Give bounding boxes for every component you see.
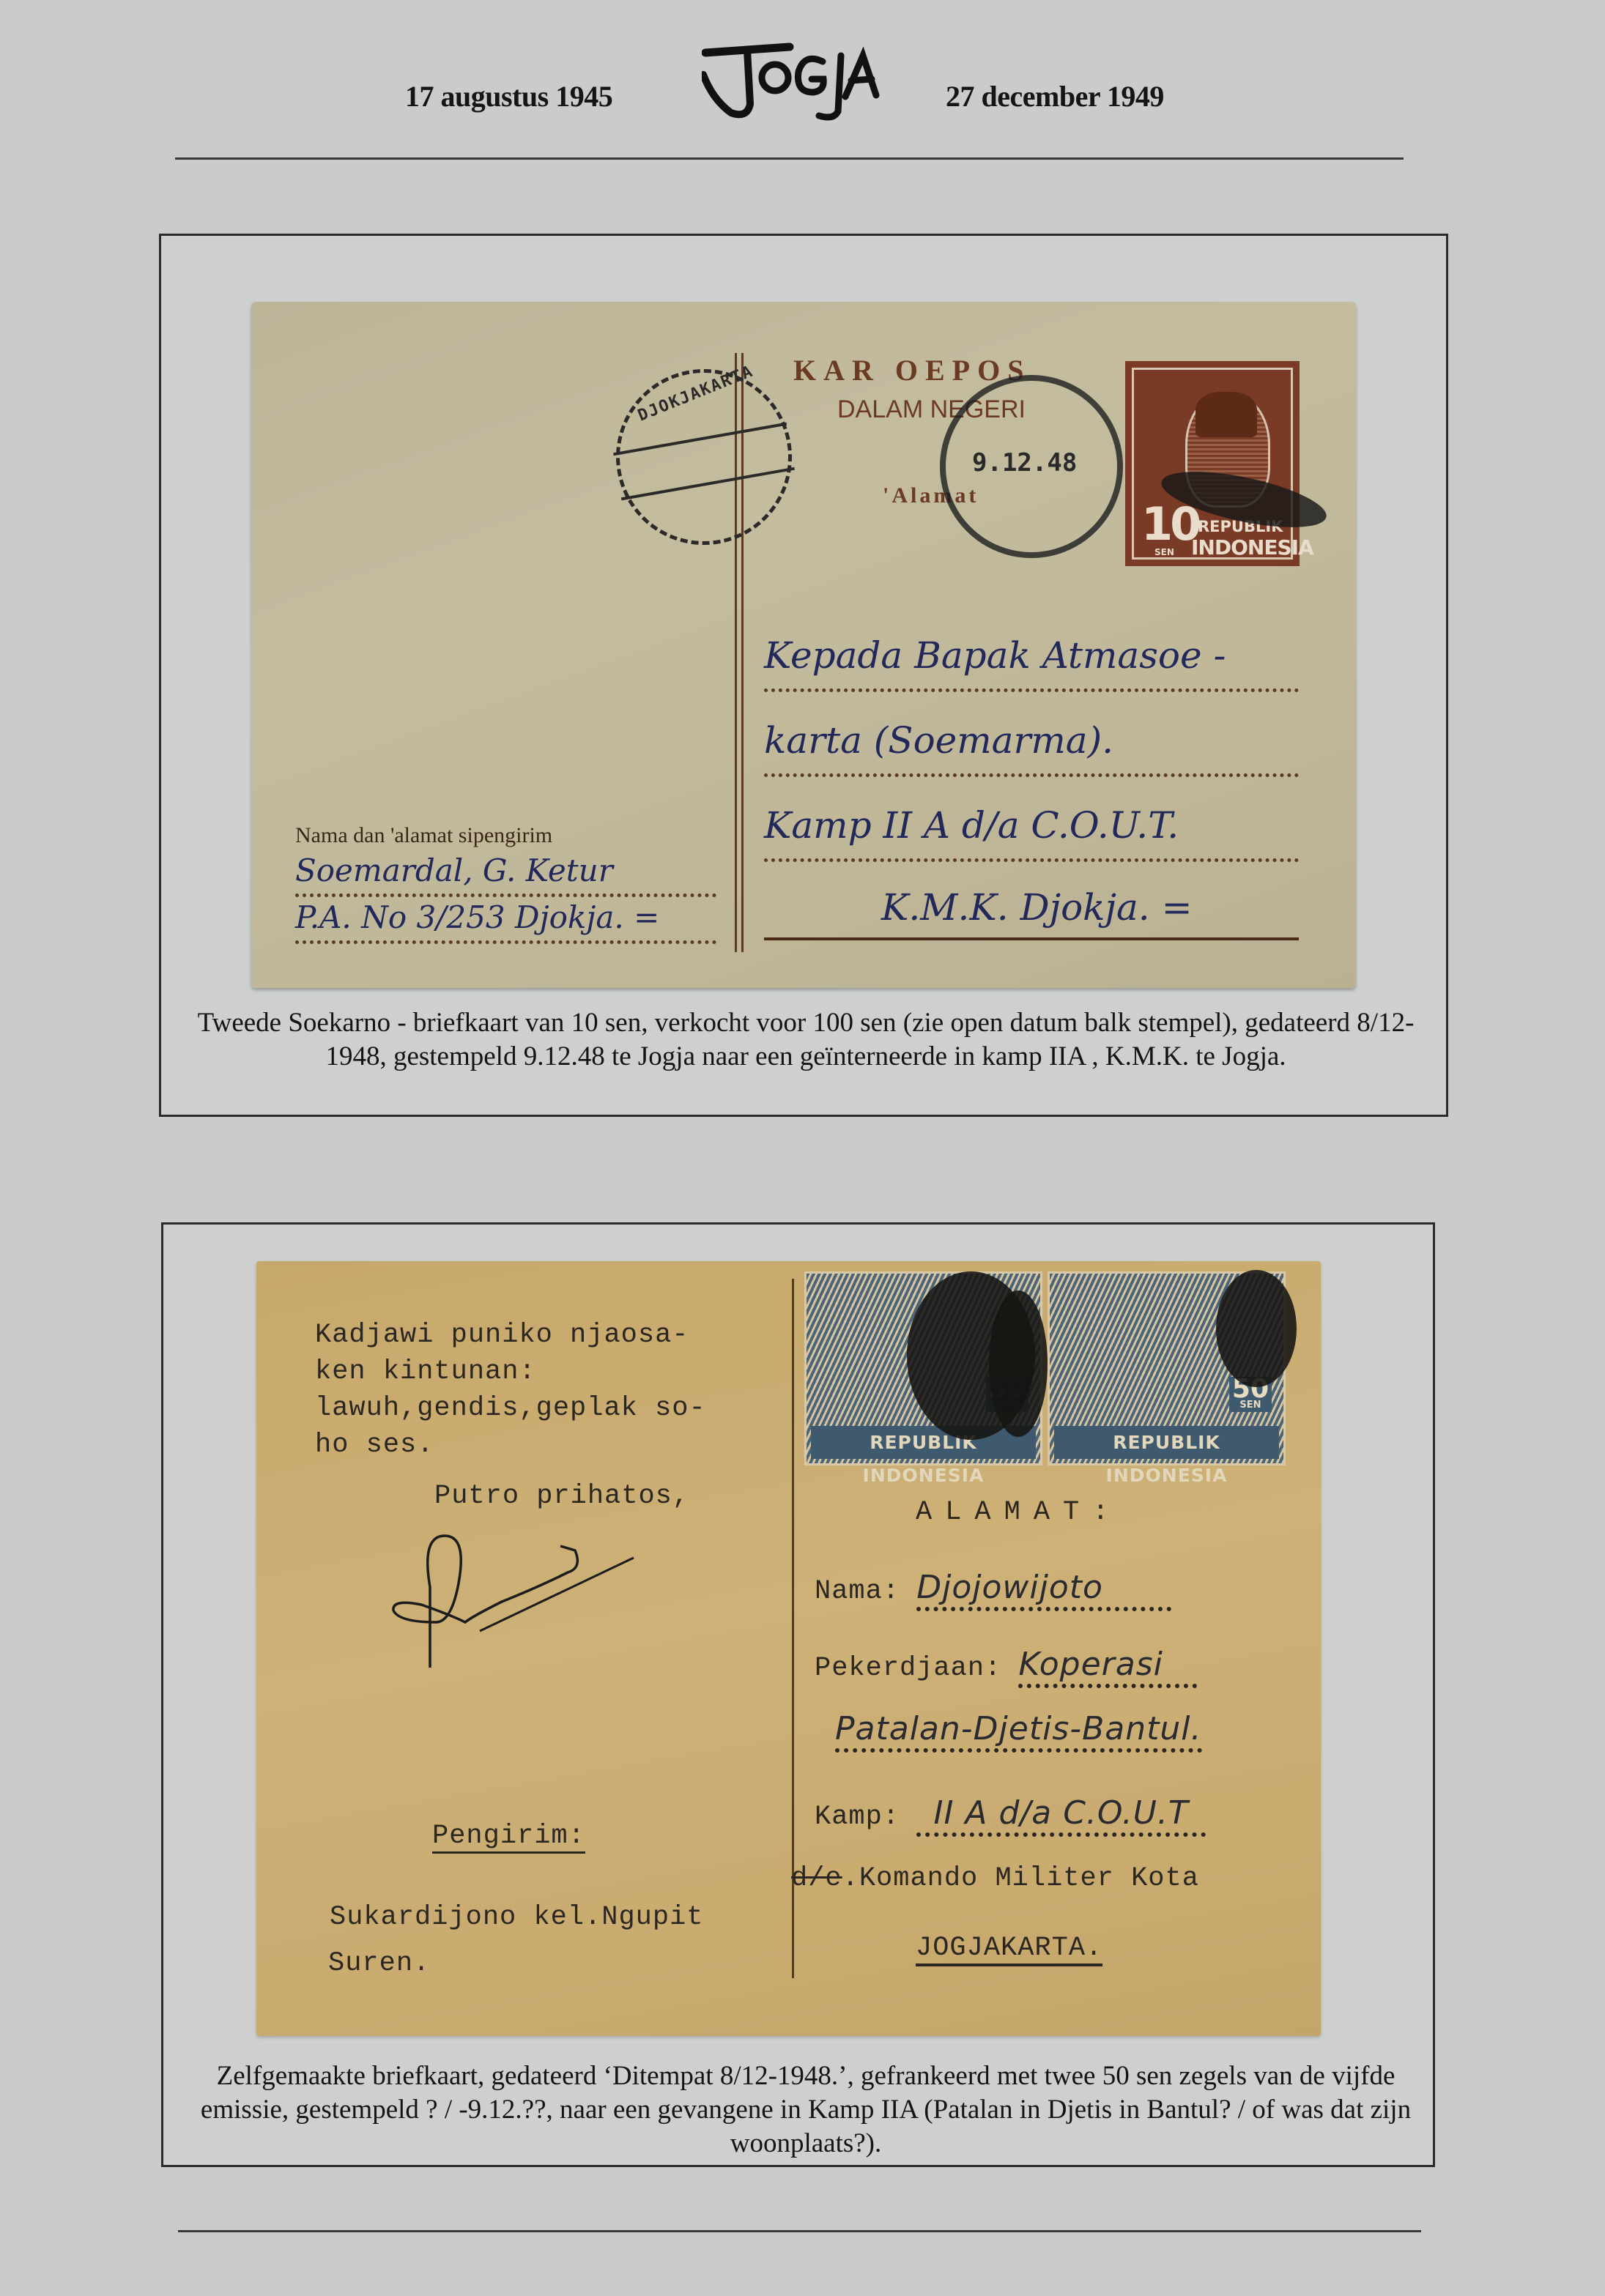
sender-label: Nama dan 'alamat sipengirim: [295, 823, 552, 848]
postmark-town: DJOKJAKARTA: [635, 362, 756, 425]
row-value: II A d/a C.O.U.T: [933, 1794, 1188, 1832]
sender-line: P.A. No 3/253 Djokja. =: [295, 899, 716, 944]
recipient-line: K.M.K. Djokja. =: [764, 892, 1299, 940]
stamp-country-2: INDONESIA: [1191, 535, 1313, 560]
postmark-right: 9.12.48: [940, 375, 1123, 558]
address-row-occupation: Pekerdjaan: Koperasi: [815, 1646, 1197, 1688]
struck-text: d/e: [791, 1863, 842, 1894]
header-rule: [175, 157, 1404, 160]
recipient-text: Kepada Bapak Atmasoe -: [764, 634, 1226, 677]
recipient-text: K.M.K. Djokja. =: [881, 886, 1192, 929]
recipient-line: karta (Soemarma).: [764, 725, 1299, 777]
recipient-line: Kamp II A d/a C.O.U.T.: [764, 810, 1299, 862]
recipient-text: karta (Soemarma).: [764, 719, 1113, 762]
row-label: Nama:: [815, 1576, 900, 1607]
address-row-location: Patalan-Djetis-Bantul.: [835, 1710, 1202, 1753]
header-date-end: 27 december 1949: [946, 79, 1164, 114]
stamp-band: REPUBLIK INDONESIA: [1054, 1426, 1279, 1459]
postcard-1: KAR OEPOS DALAM NEGERI 'Alamat DJOKJAKAR…: [251, 302, 1356, 988]
cancel-blot: [989, 1290, 1048, 1437]
sender-text: P.A. No 3/253 Djokja. =: [295, 899, 659, 935]
recipient-line: Kepada Bapak Atmasoe -: [764, 640, 1299, 692]
sender-line: Suren.: [328, 1948, 430, 1979]
postmark-date: 9.12.48: [972, 448, 1077, 478]
caption-2: Zelfgemaakte briefkaart, gedateerd ‘Dite…: [183, 2059, 1428, 2161]
row-value: Djojowijoto: [916, 1569, 1103, 1606]
message-closing: Putro prihatos,: [434, 1481, 689, 1512]
soekarno-stamp: 10 SEN REPUBLIK INDONESIA: [1125, 361, 1300, 566]
care-of-text: .Komando Militer Kota: [842, 1863, 1199, 1894]
destination-city: JOGJAKARTA.: [916, 1933, 1102, 1966]
row-value: Koperasi: [1018, 1646, 1163, 1683]
sender-text: Soemardal, G. Ketur: [295, 852, 613, 888]
stamp-unit: SEN: [1154, 547, 1174, 557]
postmark-band: [613, 423, 795, 501]
row-label: Kamp:: [815, 1802, 900, 1832]
signature: [392, 1528, 670, 1675]
postmark-left: DJOKJAKARTA: [616, 369, 792, 545]
signature-icon: [392, 1528, 670, 1675]
cancel-blot: [1216, 1270, 1297, 1387]
recipient-text: Kamp II A d/a C.O.U.T.: [764, 804, 1179, 847]
row-value: Patalan-Djetis-Bantul.: [835, 1710, 1202, 1747]
row-field: Djojowijoto: [916, 1569, 1171, 1611]
address-row-camp: Kamp: II A d/a C.O.U.T: [815, 1794, 1206, 1837]
caption-1: Tweede Soekarno - briefkaart van 10 sen,…: [190, 1006, 1421, 1074]
typed-message: Kadjawi puniko njaosa- ken kintunan: law…: [315, 1317, 706, 1463]
sender-line: Soemardal, G. Ketur: [295, 852, 716, 897]
stamp-band: REPUBLIK INDONESIA: [811, 1426, 1036, 1459]
header-date-start: 17 augustus 1945: [405, 79, 612, 114]
row-label: Pekerdjaan:: [815, 1653, 1001, 1684]
jogja-logo-icon: [702, 40, 929, 127]
sender-line: Sukardijono kel.Ngupit: [330, 1902, 703, 1933]
row-field: Koperasi: [1018, 1646, 1197, 1688]
care-of-line: d/e.Komando Militer Kota: [791, 1863, 1199, 1894]
footer-rule: [178, 2230, 1421, 2232]
stamp-country: REPUBLIK INDONESIA: [1054, 1426, 1279, 1492]
jogja-logo: JOGJA: [702, 40, 929, 127]
peci-cap-icon: [1196, 392, 1257, 437]
row-field: Patalan-Djetis-Bantul.: [835, 1710, 1202, 1753]
row-field: II A d/a C.O.U.T: [916, 1794, 1206, 1837]
postcard-2: Kadjawi puniko njaosa- ken kintunan: law…: [256, 1261, 1321, 2036]
address-row-name: Nama: Djojowijoto: [815, 1569, 1171, 1611]
sender-label: Pengirim:: [432, 1821, 585, 1854]
stamp-country: REPUBLIK INDONESIA: [811, 1426, 1036, 1492]
address-title: ALAMAT:: [916, 1497, 1122, 1528]
